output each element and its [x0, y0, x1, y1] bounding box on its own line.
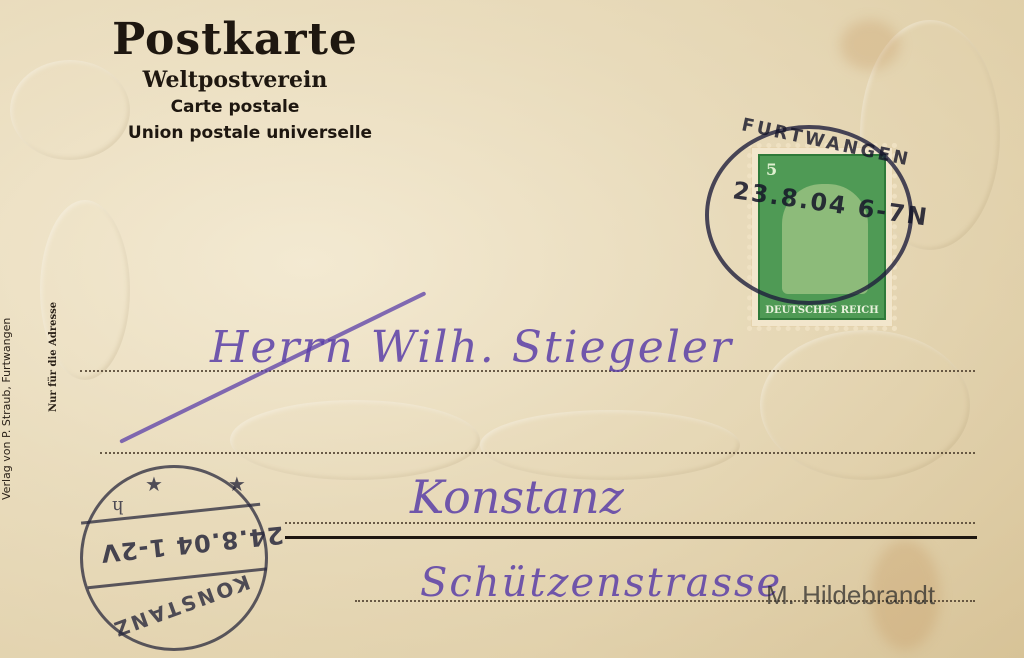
address-line-2	[100, 452, 975, 454]
header-block: Postkarte Weltpostverein Carte postale U…	[100, 14, 400, 146]
stain	[840, 20, 900, 70]
postmark-stars-icon: ★ ★	[145, 472, 276, 497]
postcard-subheading: Weltpostverein	[70, 66, 400, 94]
french-line-1: Carte postale	[70, 94, 400, 120]
watermark: M. Hildebrandt	[766, 580, 935, 611]
address-divider	[285, 536, 977, 539]
handwritten-city: Konstanz	[410, 470, 624, 524]
postcard-heading: Postkarte	[70, 14, 400, 66]
handwritten-street: Schützenstrasse	[420, 560, 782, 606]
address-line-3	[285, 522, 975, 524]
postmark-marker: h	[112, 496, 124, 517]
stamp-country: DEUTSCHES REICH	[760, 305, 884, 316]
embossed-ornament	[760, 330, 970, 480]
postcard: Postkarte Weltpostverein Carte postale U…	[0, 0, 1024, 658]
french-line-2: Union postale universelle	[100, 120, 400, 146]
handwritten-recipient: Herrn Wilh. Stiegeler	[210, 322, 733, 373]
embossed-ornament	[230, 400, 480, 480]
address-note: Nur für die Adresse	[48, 302, 59, 412]
publisher-note: Verlag von P. Straub, Furtwangen	[0, 318, 13, 500]
